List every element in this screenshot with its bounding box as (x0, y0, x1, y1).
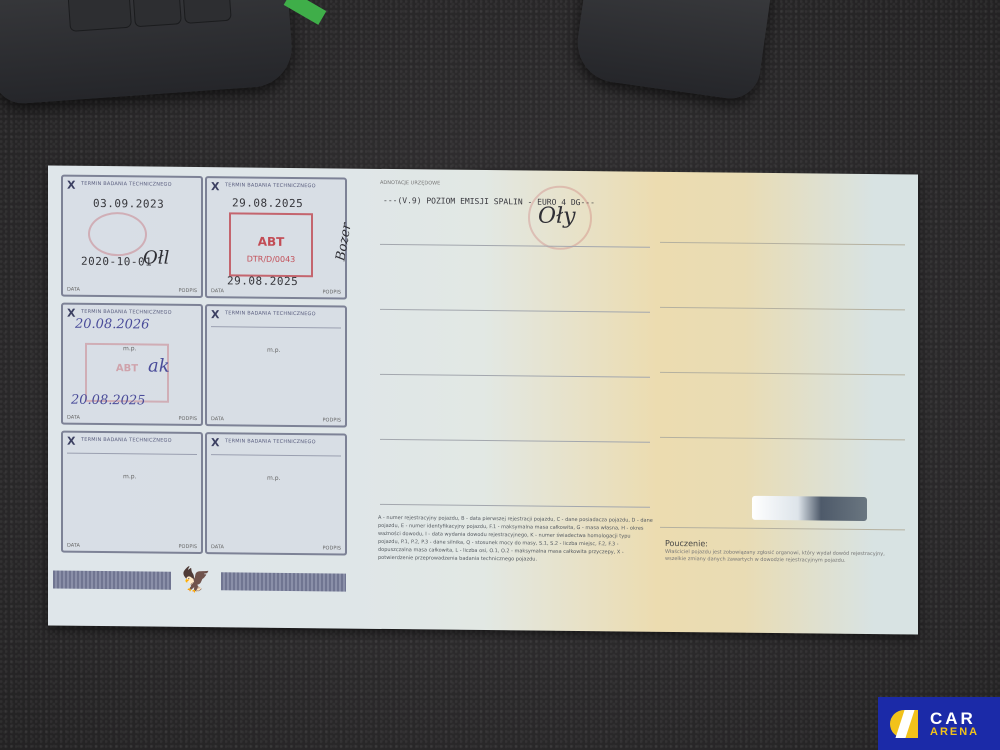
divider (211, 326, 341, 328)
stamp-date: 29.08.2025 (227, 274, 298, 288)
ruled-line (660, 372, 905, 376)
green-tag (284, 0, 327, 25)
signature: ak (148, 355, 170, 376)
ruled-line (660, 242, 905, 246)
notice-page: Pouczenie: Właściciel pojazdu jest zobow… (660, 177, 910, 620)
stamp-code: DTR/D/0043 (231, 254, 311, 264)
date-label: DATA (67, 287, 80, 293)
key-button (132, 0, 181, 27)
key-button (68, 0, 132, 32)
divider (67, 453, 197, 455)
notice-text: Właściciel pojazdu jest zobowiązany zgło… (665, 549, 895, 565)
signature-label: PODPIS (179, 544, 197, 550)
box-header: TERMIN BADANIA TECHNICZNEGO (225, 438, 316, 445)
signature-label: PODPIS (323, 289, 341, 295)
car-key-fob (573, 0, 773, 102)
inspection-box: X TERMIN BADANIA TECHNICZNEGO 03.09.2023… (61, 175, 203, 298)
inspection-box: X TERMIN BADANIA TECHNICZNEGO m.p. DATA … (205, 432, 347, 555)
car-arena-logo: CAR ARENA (878, 697, 1000, 750)
inspection-mark: X (67, 435, 75, 448)
inspection-box: X TERMIN BADANIA TECHNICZNEGO 29.08.2025… (205, 176, 347, 299)
inspection-mark: X (211, 180, 219, 193)
security-band (53, 570, 171, 589)
ruled-line (660, 437, 905, 441)
next-inspection-date: 20.08.2026 (75, 317, 149, 333)
ruled-line (380, 374, 650, 378)
ruled-line (660, 307, 905, 311)
polish-eagle-emblem-icon: 🦅 (181, 564, 211, 596)
box-header: TERMIN BADANIA TECHNICZNEGO (81, 181, 172, 188)
signature-label: PODPIS (323, 417, 341, 423)
car-arena-logo-icon (890, 710, 918, 738)
station-stamp: ABT DTR/D/0043 (229, 212, 313, 277)
next-inspection-date: 29.08.2025 (232, 196, 303, 210)
annotations-header: ADNOTACJE URZĘDOWE (380, 180, 440, 187)
box-header: TERMIN BADANIA TECHNICZNEGO (81, 437, 172, 444)
stamp-date: 2020-10-01 (81, 255, 152, 269)
car-key-fob (0, 0, 294, 105)
stamp-text: ABT (231, 234, 311, 249)
signature-label: PODPIS (179, 416, 197, 422)
key-button (182, 0, 231, 24)
box-header: TERMIN BADANIA TECHNICZNEGO (225, 310, 316, 317)
signature-label: PODPIS (179, 288, 197, 294)
security-band (221, 572, 346, 591)
inspection-box: X TERMIN BADANIA TECHNICZNEGO m.p. DATA … (205, 304, 347, 427)
registration-document: X TERMIN BADANIA TECHNICZNEGO 03.09.2023… (48, 165, 918, 634)
ruled-line (380, 244, 650, 248)
inspection-mark: X (211, 308, 219, 321)
field-legend: A - numer rejestracyjny pojazdu, B - dat… (378, 514, 653, 565)
inspection-mark: X (211, 436, 219, 449)
stamp-place-label: m.p. (267, 347, 280, 354)
stamp-place-label: m.p. (123, 473, 136, 480)
ruled-line (380, 309, 650, 313)
signature-label: PODPIS (323, 545, 341, 551)
ruled-line (660, 527, 905, 531)
stamp-place-label: m.p. (267, 475, 280, 482)
date-label: DATA (211, 416, 224, 422)
signature: Oły (538, 204, 576, 229)
inspection-mark: X (67, 179, 75, 192)
divider (211, 454, 341, 456)
logo-line2: ARENA (930, 727, 979, 738)
next-inspection-date: 03.09.2023 (93, 197, 164, 211)
station-stamp (88, 212, 147, 257)
ruled-line (380, 504, 650, 508)
date-label: DATA (211, 288, 224, 294)
inspection-box: X TERMIN BADANIA TECHNICZNEGO m.p. DATA … (61, 431, 203, 554)
hologram (752, 496, 867, 521)
inspection-page: X TERMIN BADANIA TECHNICZNEGO 03.09.2023… (53, 170, 353, 613)
box-header: TERMIN BADANIA TECHNICZNEGO (225, 182, 316, 189)
date-label: DATA (67, 415, 80, 421)
stamp-date: 20.08.2025 (71, 393, 145, 409)
date-label: DATA (67, 543, 80, 549)
signature: Bozer (333, 222, 354, 262)
annotations-page: ADNOTACJE URZĘDOWE ---(V.9) POZIOM EMISJ… (368, 174, 658, 617)
inspection-box: X TERMIN BADANIA TECHNICZNEGO 20.08.2026… (61, 303, 203, 426)
box-header: TERMIN BADANIA TECHNICZNEGO (81, 309, 172, 316)
signature: Ołl (143, 247, 169, 268)
date-label: DATA (211, 544, 224, 550)
notice-title: Pouczenie: (665, 539, 708, 548)
ruled-line (380, 439, 650, 443)
logo-line1: CAR (930, 710, 979, 727)
